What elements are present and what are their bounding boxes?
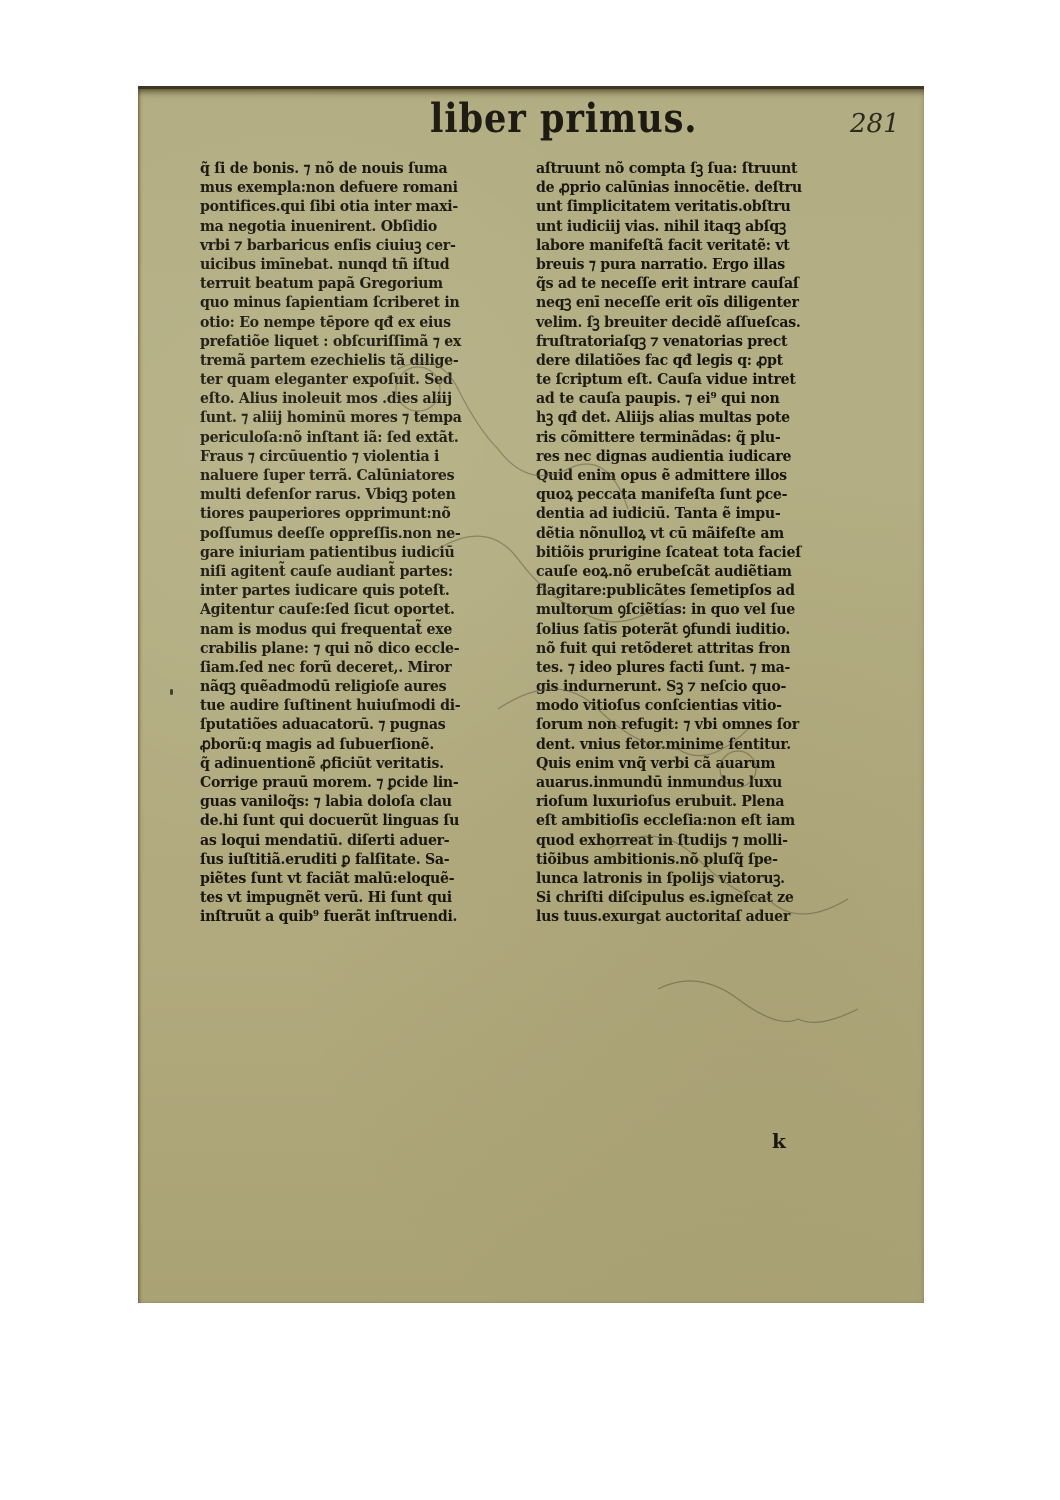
text-line: Quis enim vnq̃ verbi cã auarum (536, 754, 862, 773)
text-line: cauſe eoꝝ.nõ erubeſcãt audiẽtiam (536, 562, 862, 581)
text-line: ſolius ſatis poterãt ꝯfundi iuditio. (536, 620, 862, 639)
text-line: neqꝫ enī neceſſe erit oĩs diligenter (536, 293, 862, 312)
text-line: Si chriſti diſcipulus es.igneſcat ze (536, 888, 862, 907)
text-line: inſtruũt a quib⁹ fuerãt inſtruendi. (200, 907, 512, 926)
text-line: uicibus imīnebat. nunqd tñ iſtud (200, 255, 512, 274)
text-line: nam is modus qui frequentat̃ exe (200, 620, 512, 639)
text-line: rioſum luxurioſus erubuit. Plena (536, 792, 862, 811)
text-line: flagitare:publicãtes ſemetipſos ad (536, 581, 862, 600)
text-line: periculoſa:nõ inſtant iã: ſed extãt. (200, 428, 512, 447)
text-line: Fraus ⁊ circūuentio ⁊ violentia i (200, 447, 512, 466)
text-line: de.hi ſunt qui docuerũt linguas ſu (200, 811, 512, 830)
text-line: fruſtratoriaſqꝫ ⁊ venatorias prect (536, 332, 862, 351)
text-line: ſorum non refugit: ⁊ vbi omnes ſor (536, 715, 862, 734)
text-line: aſtruunt nõ compta ſꝫ ſua: ſtruunt (536, 159, 862, 178)
text-line: Corrige prauū morem. ⁊ ꝑcide lin- (200, 773, 512, 792)
text-line: niſi agitent̃ cauſe audiant̃ partes: (200, 562, 512, 581)
text-line: ris cõmittere terminãdas: q̃ plu- (536, 428, 862, 447)
ink-speck (170, 689, 173, 695)
text-line: otio: Eo nempe tēpore qđ ex eius (200, 313, 512, 332)
text-line: tiores pauperiores opprimunt:nõ (200, 504, 512, 523)
text-line: tes. ⁊ ideo plures facti ſunt. ⁊ ma- (536, 658, 862, 677)
text-line: ſus iuſtitiã.eruditi ꝑ falſitate. Sa- (200, 850, 512, 869)
text-line: dere dilatiões fac qđ legis q: ꝓpt (536, 351, 862, 370)
text-line: gis indurnerunt. Sꝫ ⁊ neſcio quo- (536, 677, 862, 696)
text-line: q̃s ad te neceſſe erit intrare cauſaſ (536, 274, 862, 293)
text-line: nõ fuit qui retõderet attritas fron (536, 639, 862, 658)
text-line: quod exhorreat in ſtudĳs ⁊ molli- (536, 831, 862, 850)
text-line: ter quam eleganter expoſuit. Sed (200, 370, 512, 389)
text-line: ad te cauſa paupis. ⁊ ei⁹ qui non (536, 389, 862, 408)
text-line: multorum ꝯſciẽtias: in quo vel ſue (536, 600, 862, 619)
text-line: bitiõis prurigine ſcateat tota facieſ (536, 543, 862, 562)
text-line: lus tuus.exurgat auctoritaſ aduer (536, 907, 862, 926)
text-line: crabilis plane: ⁊ qui nõ dico eccle- (200, 639, 512, 658)
text-line: ſputatiões aduacatorū. ⁊ pugnas (200, 715, 512, 734)
text-line: lunca latronis in ſpolĳs viatoruꝫ. (536, 869, 862, 888)
text-line: naluere ſuper terrã. Calūniatores (200, 466, 512, 485)
scanned-page: liber primus. 281 q̃ ſi de bonis. ⁊ nõ d… (138, 86, 924, 1303)
text-line: breuis ⁊ pura narratio. Ergo illas (536, 255, 862, 274)
text-line: tremã partem ezechielis tã dilige- (200, 351, 512, 370)
text-line: vrbi ⁊ barbaricus enſis ciuiuꝫ cer- (200, 236, 512, 255)
text-line: modo vitioſus conſcientias vitio- (536, 696, 862, 715)
text-line: de ꝓprio calūnias innocẽtie. deſtru (536, 178, 862, 197)
text-line: tue audire ſuſtinent huiuſmodi di- (200, 696, 512, 715)
text-line: hꝫ qđ det. Aliĳs alias multas pote (536, 408, 862, 427)
text-line: eſt ambitioſis eccleſia:non eſt iam (536, 811, 862, 830)
text-line: multi defenſor rarus. Vbiqꝫ poten (200, 485, 512, 504)
text-line: te ſcriptum eſt. Cauſa vidue intret (536, 370, 862, 389)
text-line: poſſumus deeſſe oppreſſis.non ne- (200, 524, 512, 543)
text-column-right: aſtruunt nõ compta ſꝫ ſua: ſtruuntde ꝓpr… (536, 159, 886, 927)
folio-number: 281 (850, 109, 900, 139)
text-line: ꝓborũ:q magis ad ſubuerſionẽ. (200, 735, 512, 754)
running-head: liber primus. (430, 95, 697, 142)
text-line: mus exempla:non defuere romani (200, 178, 512, 197)
text-line: dẽtia nõnulloꝝ vt cū mãifeſte am (536, 524, 862, 543)
text-line: ma negotia inuenirent. Obſidio (200, 217, 512, 236)
text-line: q̃ ſi de bonis. ⁊ nõ de nouis ſuma (200, 159, 512, 178)
text-line: quoꝝ peccata manifeſta ſunt ꝑce- (536, 485, 862, 504)
text-line: inter partes iudicare quis poteſt. (200, 581, 512, 600)
text-line: dent. vnius fetor.minime ſentitur. (536, 735, 862, 754)
text-line: unt iudiciĳ vias. nihil itaqꝫ abſqꝫ (536, 217, 862, 236)
text-line: ſiam.ſed nec forũ deceret,. Miror (200, 658, 512, 677)
text-line: ſunt. ⁊ aliĳ hominū mores ⁊ tempa (200, 408, 512, 427)
text-line: pontifices.qui ſibi otia inter maxi- (200, 197, 512, 216)
text-line: Agitentur cauſe:ſed ſicut oportet. (200, 600, 512, 619)
text-line: tiõibus ambitionis.nõ pluſq̃ ſpe- (536, 850, 862, 869)
text-line: nãqꝫ quẽadmodū religioſe aures (200, 677, 512, 696)
signature-mark: k (772, 1129, 786, 1153)
text-line: Quid enim opus ẽ admittere illos (536, 466, 862, 485)
text-line: res nec dignas audientia iudicare (536, 447, 862, 466)
text-line: velim. ſꝫ breuiter decidẽ aſſueſcas. (536, 313, 862, 332)
text-line: as loqui mendatiū. diſerti aduer- (200, 831, 512, 850)
text-line: dentia ad iudiciū. Tanta ẽ impu- (536, 504, 862, 523)
text-line: unt ſimplicitatem veritatis.obſtru (536, 197, 862, 216)
text-line: labore manifeſtã facit veritatẽ: vt (536, 236, 862, 255)
text-column-left: q̃ ſi de bonis. ⁊ nõ de nouis ſumamus ex… (200, 159, 536, 927)
text-line: prefatiõe liquet : obſcuriſſimã ⁊ ex (200, 332, 512, 351)
text-line: terruit beatum papã Gregorium (200, 274, 512, 293)
text-line: piẽtes ſunt vt faciãt malū:eloquẽ- (200, 869, 512, 888)
text-line: guas vaniloq̃s: ⁊ labia doloſa clau (200, 792, 512, 811)
text-line: quo minus ſapientiam ſcriberet in (200, 293, 512, 312)
text-line: tes vt impugnẽt verū. Hi ſunt qui (200, 888, 512, 907)
text-line: gare iniuriam patientibus iudiciū (200, 543, 512, 562)
text-line: auarus.inmundū inmundus luxu (536, 773, 862, 792)
text-line: eſto. Alius inoleuit mos .dies aliĳ (200, 389, 512, 408)
text-line: q̃ adinuentionẽ ꝓficiūt veritatis. (200, 754, 512, 773)
